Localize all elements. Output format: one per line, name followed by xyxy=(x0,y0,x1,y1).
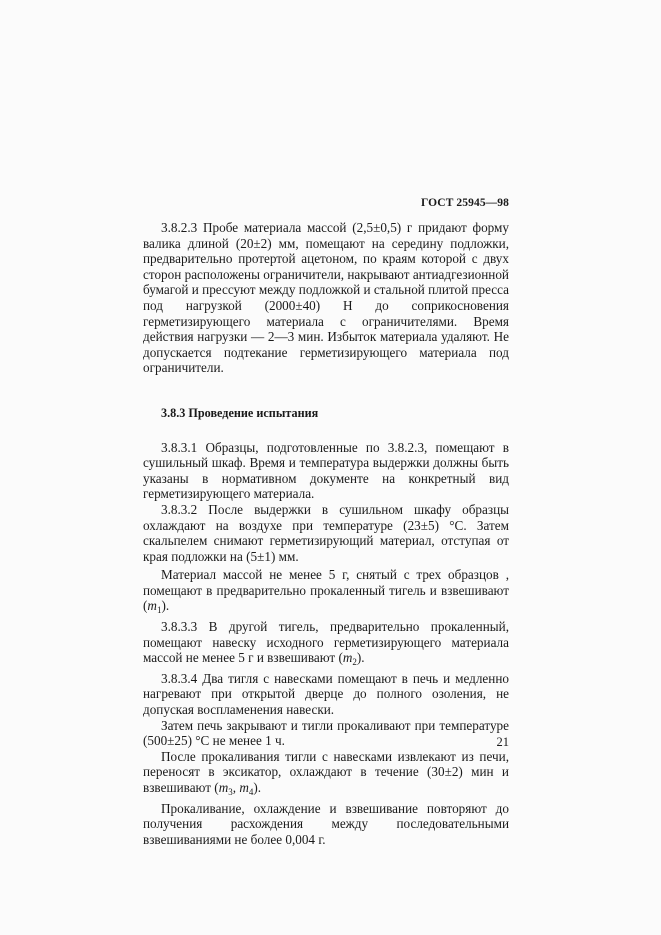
paragraph-repeat: Прокаливание, охлаждение и взвешивание п… xyxy=(143,801,509,848)
paragraph-after-calcination: После прокаливания тигли с навесками изв… xyxy=(143,749,509,801)
mass-variable: m xyxy=(219,780,229,795)
paragraph-3-8-3-3: 3.8.3.3 В другой тигель, предварительно … xyxy=(143,619,509,671)
standard-header: ГОСТ 25945—98 xyxy=(143,197,509,209)
paragraph-text: ). xyxy=(357,650,365,665)
mass-variable: m xyxy=(147,598,157,613)
body-text: 3.8.2.3 Пробе материала массой (2,5±0,5)… xyxy=(143,220,509,847)
page-number: 21 xyxy=(143,735,509,750)
paragraph-text: 3.8.3.3 В другой тигель, предварительно … xyxy=(143,619,509,665)
paragraph-3-8-3-2: 3.8.3.2 После выдержки в сушильном шкафу… xyxy=(143,502,509,564)
paragraph-3-8-2-3: 3.8.2.3 Пробе материала массой (2,5±0,5)… xyxy=(143,220,509,376)
section-heading-3-8-3: 3.8.3 Проведение испытания xyxy=(143,406,509,422)
document-page: ГОСТ 25945—98 3.8.2.3 Пробе материала ма… xyxy=(0,0,661,935)
paragraph-3-8-3-1: 3.8.3.1 Образцы, подготовленные по 3.8.2… xyxy=(143,440,509,502)
mass-variable: m xyxy=(343,650,353,665)
mass-variable: m xyxy=(239,780,249,795)
paragraph-text: ). xyxy=(253,780,261,795)
paragraph-text: ). xyxy=(161,598,169,613)
paragraph-3-8-3-4: 3.8.3.4 Два тигля с навесками помещают в… xyxy=(143,671,509,718)
paragraph-text: Материал массой не менее 5 г, снятый с т… xyxy=(143,567,509,613)
paragraph-text: После прокаливания тигли с навесками изв… xyxy=(143,749,509,795)
paragraph-material-mass: Материал массой не менее 5 г, снятый с т… xyxy=(143,567,509,619)
